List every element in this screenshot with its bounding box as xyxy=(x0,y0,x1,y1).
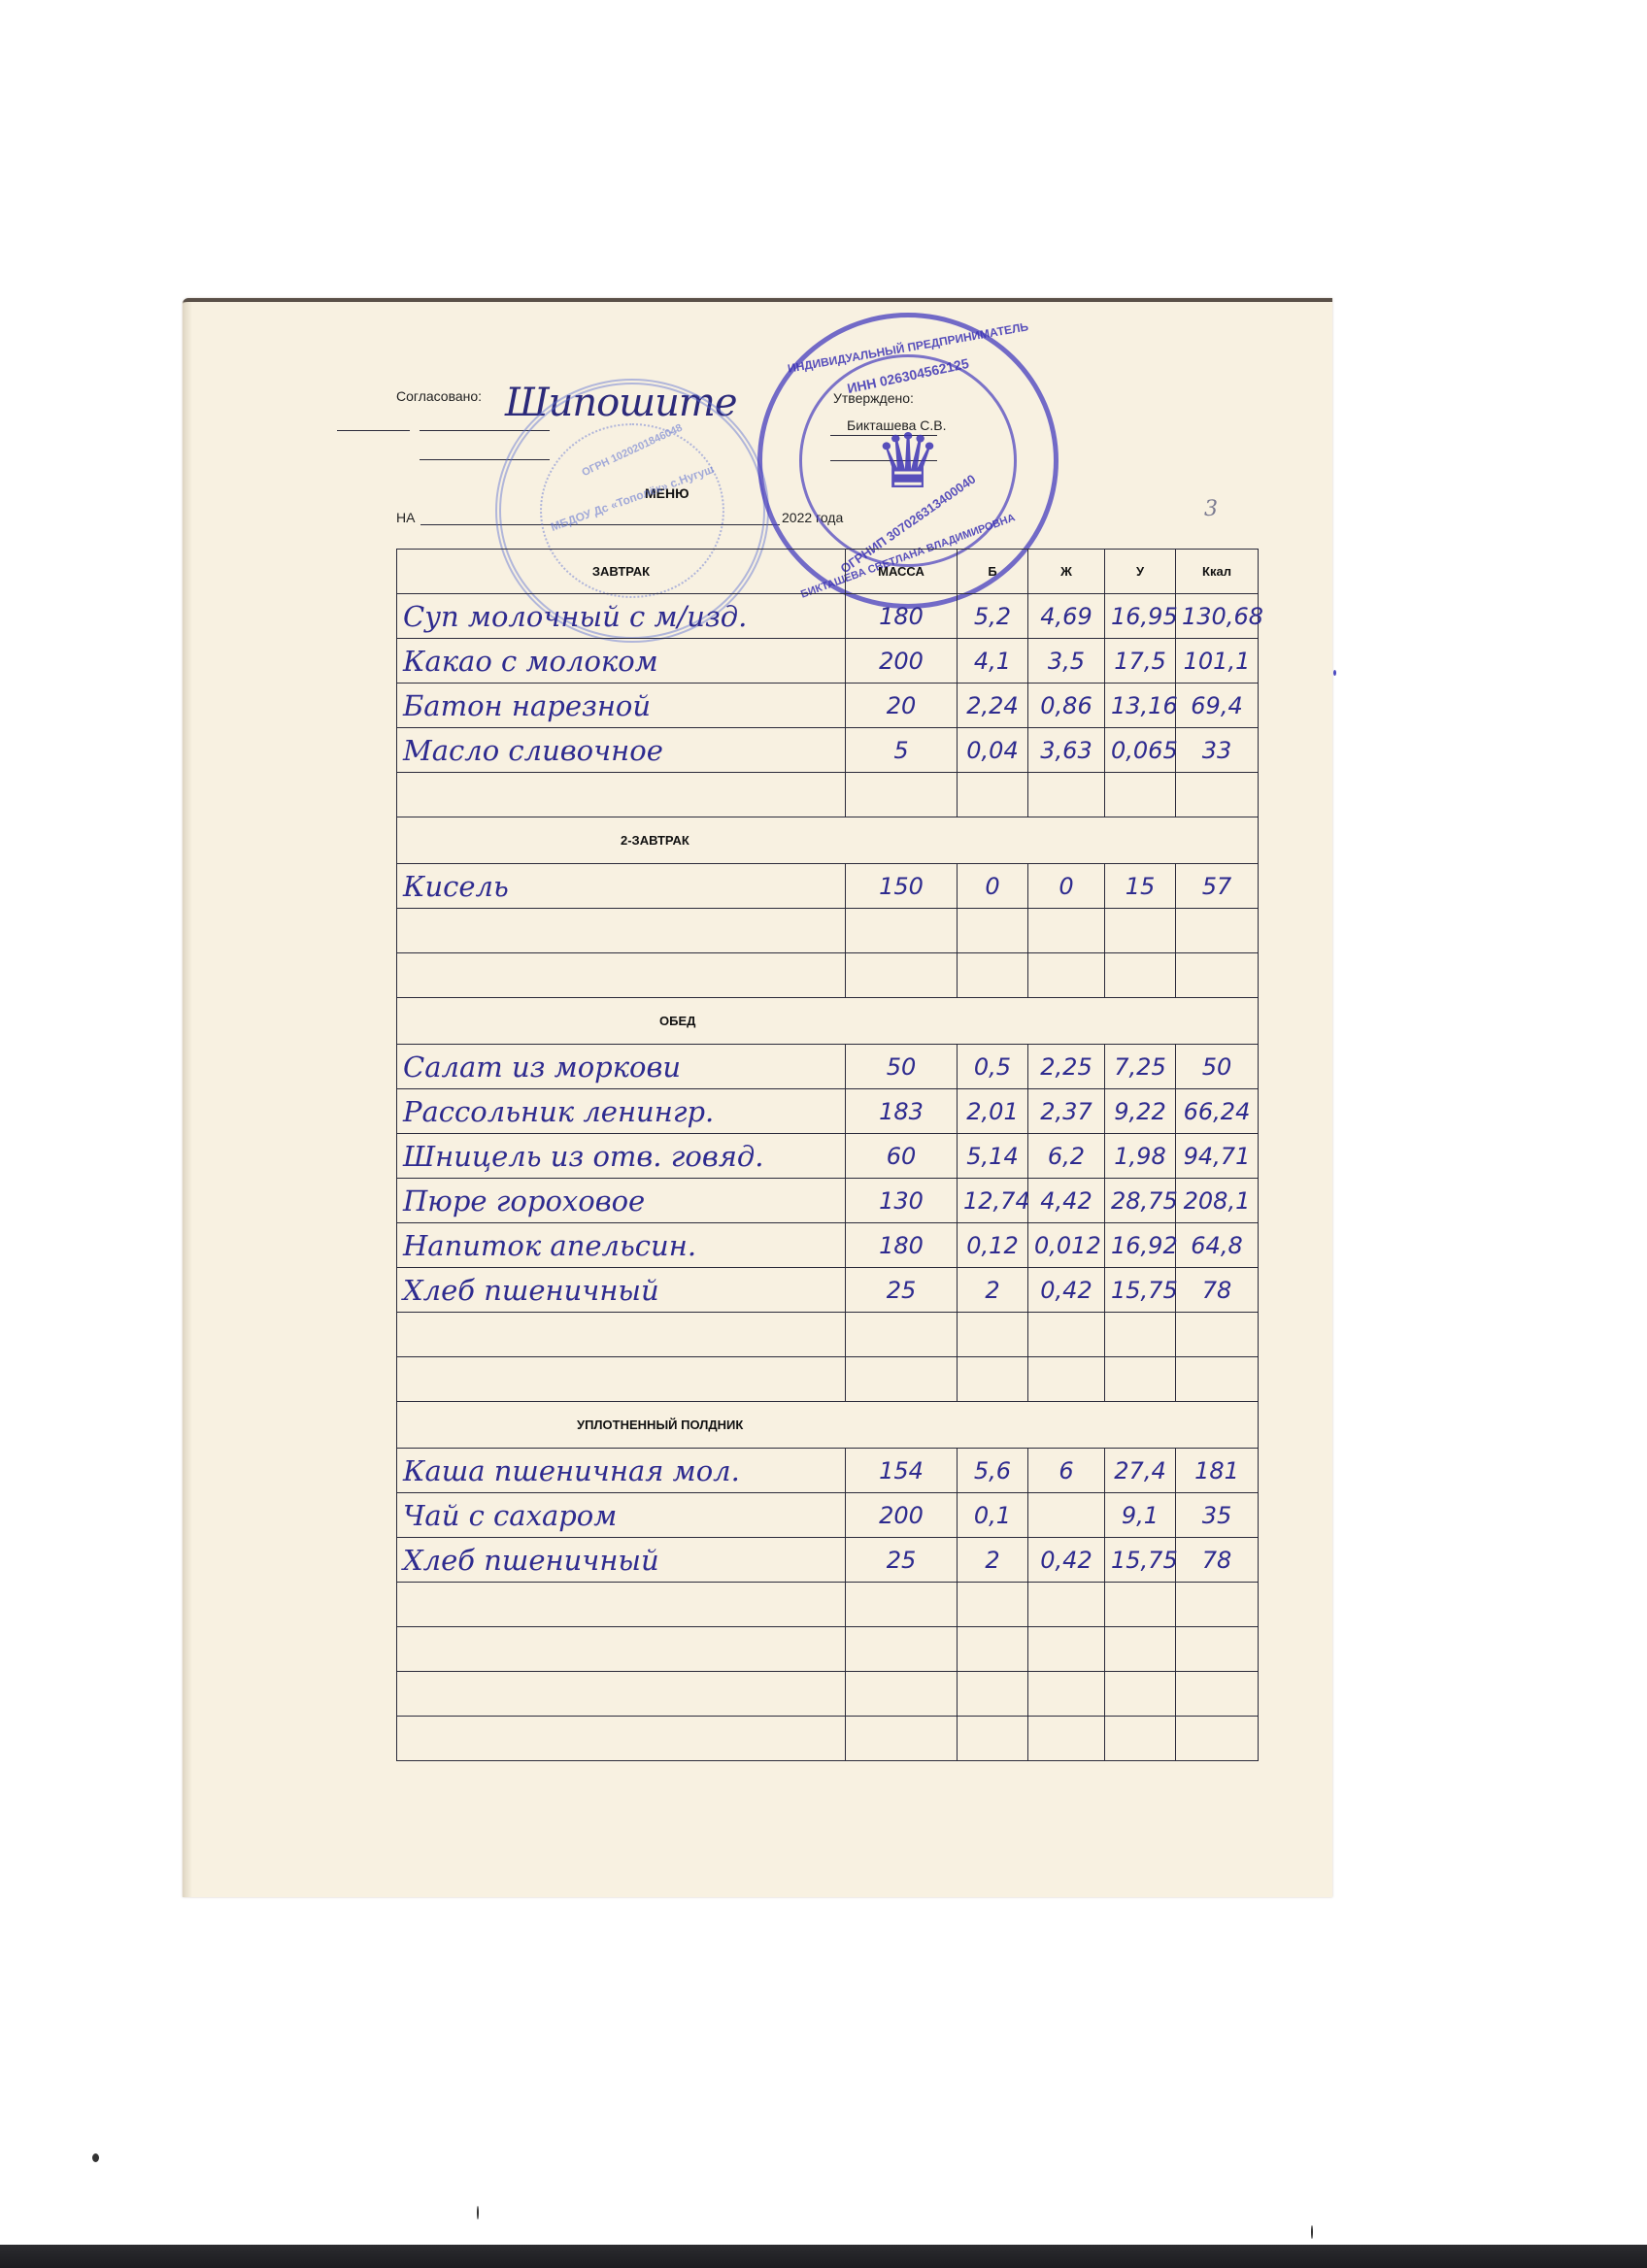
table-row: Кисель150001557 xyxy=(397,864,1259,909)
mass-value: 200 xyxy=(846,639,958,684)
protein-value xyxy=(958,773,1028,817)
table-row: Салат из моркови500,52,257,2550 xyxy=(397,1045,1259,1089)
carbs-value: 1,98 xyxy=(1105,1134,1176,1179)
dish-name xyxy=(397,1627,846,1672)
table-row xyxy=(397,1357,1259,1402)
carbs-value: 9,1 xyxy=(1105,1493,1176,1538)
mass-value xyxy=(846,953,958,998)
dish-name: Пюре гороховое xyxy=(397,1179,846,1223)
header-breakfast: ЗАВТРАК xyxy=(397,550,846,594)
section-title: 2-ЗАВТРАК xyxy=(397,817,1259,864)
kcal-value xyxy=(1176,909,1259,953)
mass-value: 50 xyxy=(846,1045,958,1089)
carbs-value: 0,065 xyxy=(1105,728,1176,773)
dish-name: Суп молочный с м/изд. xyxy=(397,594,846,639)
mass-value: 200 xyxy=(846,1493,958,1538)
mass-value: 180 xyxy=(846,594,958,639)
protein-value xyxy=(958,1717,1028,1761)
carbs-value: 27,4 xyxy=(1105,1449,1176,1493)
dish-name xyxy=(397,1717,846,1761)
mass-value xyxy=(846,1313,958,1357)
fat-value xyxy=(1028,1627,1105,1672)
protein-value xyxy=(958,909,1028,953)
protein-value xyxy=(958,1357,1028,1402)
fat-value: 0 xyxy=(1028,864,1105,909)
mass-value: 60 xyxy=(846,1134,958,1179)
fat-value xyxy=(1028,909,1105,953)
fat-value: 4,69 xyxy=(1028,594,1105,639)
fat-value: 0,86 xyxy=(1028,684,1105,728)
protein-value xyxy=(958,1672,1028,1717)
kcal-value xyxy=(1176,773,1259,817)
table-row xyxy=(397,1313,1259,1357)
kcal-value: 130,68 xyxy=(1176,594,1259,639)
dish-name: Хлеб пшеничный xyxy=(397,1268,846,1313)
mass-value xyxy=(846,1672,958,1717)
scan-speck xyxy=(92,2153,99,2162)
dish-name xyxy=(397,909,846,953)
kcal-value xyxy=(1176,953,1259,998)
carbs-value xyxy=(1105,1627,1176,1672)
fat-value xyxy=(1028,1717,1105,1761)
table-row xyxy=(397,909,1259,953)
kcal-value: 181 xyxy=(1176,1449,1259,1493)
kcal-value: 33 xyxy=(1176,728,1259,773)
kcal-value xyxy=(1176,1627,1259,1672)
table-row: Масло сливочное50,043,630,06533 xyxy=(397,728,1259,773)
mass-value: 180 xyxy=(846,1223,958,1268)
mass-value: 25 xyxy=(846,1268,958,1313)
table-header-row: ЗАВТРАК МАССА Б Ж У Ккал xyxy=(397,550,1259,594)
fat-value xyxy=(1028,1583,1105,1627)
carbs-value: 16,95 xyxy=(1105,594,1176,639)
table-row: Рассольник ленингр.1832,012,379,2266,24 xyxy=(397,1089,1259,1134)
header-protein: Б xyxy=(958,550,1028,594)
table-row: Хлеб пшеничный2520,4215,7578 xyxy=(397,1268,1259,1313)
protein-value xyxy=(958,1627,1028,1672)
mass-value xyxy=(846,773,958,817)
carbs-value: 15 xyxy=(1105,864,1176,909)
protein-value xyxy=(958,1313,1028,1357)
kcal-value: 57 xyxy=(1176,864,1259,909)
protein-value: 12,74 xyxy=(958,1179,1028,1223)
table-row: Каша пшеничная мол.1545,6627,4181 xyxy=(397,1449,1259,1493)
kcal-value: 64,8 xyxy=(1176,1223,1259,1268)
kcal-value: 66,24 xyxy=(1176,1089,1259,1134)
kcal-value: 78 xyxy=(1176,1538,1259,1583)
paper-edge-shade xyxy=(183,302,192,1897)
header-mass: МАССА xyxy=(846,550,958,594)
protein-value: 0 xyxy=(958,864,1028,909)
carbs-value xyxy=(1105,773,1176,817)
protein-value: 0,12 xyxy=(958,1223,1028,1268)
table-row: Хлеб пшеничный2520,4215,7578 xyxy=(397,1538,1259,1583)
dish-name xyxy=(397,1313,846,1357)
carbs-value xyxy=(1105,953,1176,998)
carbs-value xyxy=(1105,1583,1176,1627)
fat-value xyxy=(1028,1357,1105,1402)
carbs-value: 9,22 xyxy=(1105,1089,1176,1134)
mass-value xyxy=(846,1583,958,1627)
dish-name: Какао с молоком xyxy=(397,639,846,684)
protein-value: 2 xyxy=(958,1268,1028,1313)
fat-value: 0,42 xyxy=(1028,1538,1105,1583)
scan-speck xyxy=(477,2206,479,2219)
dish-name: Масло сливочное xyxy=(397,728,846,773)
protein-value: 2,24 xyxy=(958,684,1028,728)
protein-value xyxy=(958,953,1028,998)
protein-value: 5,14 xyxy=(958,1134,1028,1179)
table-row: Пюре гороховое13012,744,4228,75208,1 xyxy=(397,1179,1259,1223)
table-row xyxy=(397,953,1259,998)
protein-value: 5,6 xyxy=(958,1449,1028,1493)
fat-value: 6 xyxy=(1028,1449,1105,1493)
fat-value: 0,42 xyxy=(1028,1268,1105,1313)
fat-value: 3,63 xyxy=(1028,728,1105,773)
section-header-row: 2-ЗАВТРАК xyxy=(397,817,1259,864)
menu-table: ЗАВТРАК МАССА Б Ж У Ккал Суп молочный с … xyxy=(396,549,1259,1761)
dish-name: Кисель xyxy=(397,864,846,909)
mass-value: 150 xyxy=(846,864,958,909)
date-prefix: НА xyxy=(396,510,415,525)
kcal-value: 69,4 xyxy=(1176,684,1259,728)
fat-value: 2,37 xyxy=(1028,1089,1105,1134)
table-row xyxy=(397,1672,1259,1717)
protein-value: 0,5 xyxy=(958,1045,1028,1089)
table-row xyxy=(397,1583,1259,1627)
fat-value xyxy=(1028,1672,1105,1717)
kcal-value: 208,1 xyxy=(1176,1179,1259,1223)
section-header-row: УПЛОТНЕННЫЙ ПОЛДНИК xyxy=(397,1402,1259,1449)
protein-value: 0,1 xyxy=(958,1493,1028,1538)
protein-value: 5,2 xyxy=(958,594,1028,639)
fat-value: 2,25 xyxy=(1028,1045,1105,1089)
kcal-value: 94,71 xyxy=(1176,1134,1259,1179)
agreed-label: Согласовано: xyxy=(396,388,482,404)
carbs-value xyxy=(1105,1672,1176,1717)
carbs-value: 17,5 xyxy=(1105,639,1176,684)
kcal-value: 35 xyxy=(1176,1493,1259,1538)
fat-value: 4,42 xyxy=(1028,1179,1105,1223)
dish-name: Батон нарезной xyxy=(397,684,846,728)
carbs-value xyxy=(1105,1357,1176,1402)
kcal-value: 101,1 xyxy=(1176,639,1259,684)
dish-name: Каша пшеничная мол. xyxy=(397,1449,846,1493)
mass-value xyxy=(846,1717,958,1761)
fat-value: 0,012 xyxy=(1028,1223,1105,1268)
table-row: Шницель из отв. говяд.605,146,21,9894,71 xyxy=(397,1134,1259,1179)
dish-name xyxy=(397,1672,846,1717)
scan-speck xyxy=(1333,670,1336,676)
mass-value xyxy=(846,1357,958,1402)
double-headed-eagle-icon: ♛ xyxy=(874,423,942,499)
section-title: УПЛОТНЕННЫЙ ПОЛДНИК xyxy=(397,1402,1259,1449)
fat-value: 3,5 xyxy=(1028,639,1105,684)
fat-value xyxy=(1028,773,1105,817)
dish-name: Напиток апельсин. xyxy=(397,1223,846,1268)
scan-speck xyxy=(1311,2225,1313,2239)
header-kcal: Ккал xyxy=(1176,550,1259,594)
kcal-value xyxy=(1176,1313,1259,1357)
fat-value: 6,2 xyxy=(1028,1134,1105,1179)
agreed-signature-line-1 xyxy=(337,430,410,431)
carbs-value: 16,92 xyxy=(1105,1223,1176,1268)
mass-value xyxy=(846,1627,958,1672)
mass-value: 130 xyxy=(846,1179,958,1223)
dish-name: Хлеб пшеничный xyxy=(397,1538,846,1583)
kcal-value xyxy=(1176,1672,1259,1717)
dish-name xyxy=(397,953,846,998)
mass-value: 20 xyxy=(846,684,958,728)
protein-value xyxy=(958,1583,1028,1627)
table-row xyxy=(397,1627,1259,1672)
protein-value: 2 xyxy=(958,1538,1028,1583)
carbs-value: 7,25 xyxy=(1105,1045,1176,1089)
table-row: Батон нарезной202,240,8613,1669,4 xyxy=(397,684,1259,728)
table-row: Чай с сахаром2000,19,135 xyxy=(397,1493,1259,1538)
mass-value: 5 xyxy=(846,728,958,773)
mass-value: 154 xyxy=(846,1449,958,1493)
header-fat: Ж xyxy=(1028,550,1105,594)
mass-value xyxy=(846,909,958,953)
kcal-value: 50 xyxy=(1176,1045,1259,1089)
kcal-value: 78 xyxy=(1176,1268,1259,1313)
page-number: 3 xyxy=(1204,497,1218,521)
header-carbs: У xyxy=(1105,550,1176,594)
fat-value xyxy=(1028,1313,1105,1357)
protein-value: 4,1 xyxy=(958,639,1028,684)
fat-value xyxy=(1028,953,1105,998)
kcal-value xyxy=(1176,1717,1259,1761)
section-title: ОБЕД xyxy=(397,998,1259,1045)
carbs-value: 15,75 xyxy=(1105,1268,1176,1313)
table-row xyxy=(397,773,1259,817)
carbs-value: 28,75 xyxy=(1105,1179,1176,1223)
scanner-edge-strip xyxy=(0,2245,1647,2268)
dish-name: Салат из моркови xyxy=(397,1045,846,1089)
dish-name xyxy=(397,1583,846,1627)
kcal-value xyxy=(1176,1583,1259,1627)
carbs-value xyxy=(1105,1717,1176,1761)
table-row: Какао с молоком2004,13,517,5101,1 xyxy=(397,639,1259,684)
mass-value: 25 xyxy=(846,1538,958,1583)
table-row: Напиток апельсин.1800,120,01216,9264,8 xyxy=(397,1223,1259,1268)
dish-name: Рассольник ленингр. xyxy=(397,1089,846,1134)
dish-name xyxy=(397,1357,846,1402)
mass-value: 183 xyxy=(846,1089,958,1134)
carbs-value xyxy=(1105,909,1176,953)
dish-name: Чай с сахаром xyxy=(397,1493,846,1538)
kcal-value xyxy=(1176,1357,1259,1402)
carbs-value: 13,16 xyxy=(1105,684,1176,728)
carbs-value xyxy=(1105,1313,1176,1357)
fat-value xyxy=(1028,1493,1105,1538)
protein-value: 0,04 xyxy=(958,728,1028,773)
dish-name: Шницель из отв. говяд. xyxy=(397,1134,846,1179)
dish-name xyxy=(397,773,846,817)
protein-value: 2,01 xyxy=(958,1089,1028,1134)
table-row: Суп молочный с м/изд.1805,24,6916,95130,… xyxy=(397,594,1259,639)
section-header-row: ОБЕД xyxy=(397,998,1259,1045)
carbs-value: 15,75 xyxy=(1105,1538,1176,1583)
table-row xyxy=(397,1717,1259,1761)
